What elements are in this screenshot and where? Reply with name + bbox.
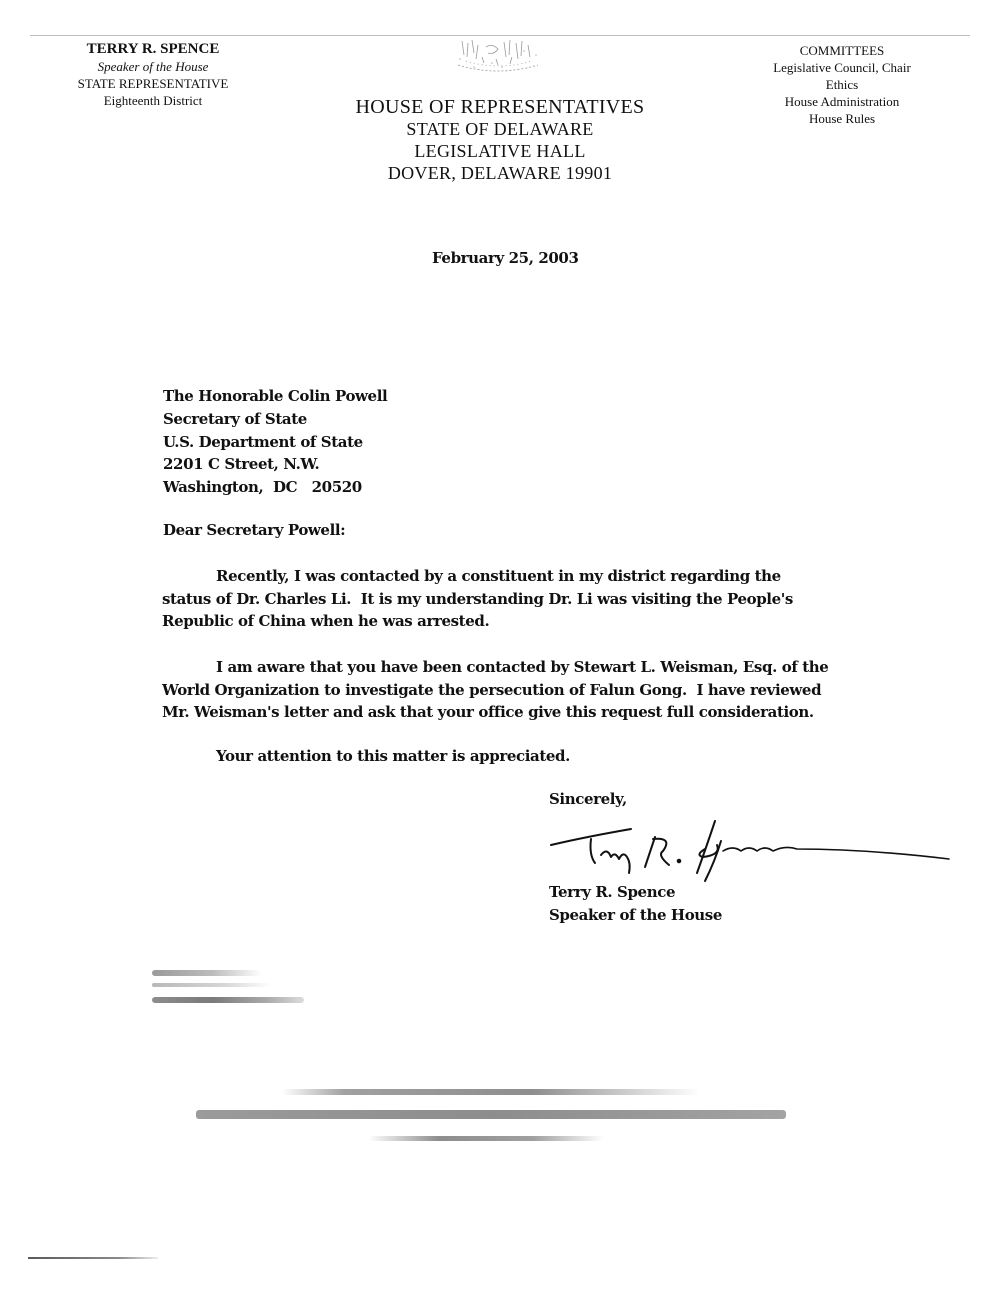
recipient-line: Washington, DC 20520 bbox=[163, 476, 387, 499]
redacted-text bbox=[152, 983, 272, 987]
body-paragraph: Recently, I was contacted by a constitue… bbox=[162, 565, 832, 633]
institution-city: DOVER, DELAWARE 19901 bbox=[330, 162, 670, 184]
body-paragraph: Your attention to this matter is appreci… bbox=[162, 745, 832, 768]
redacted-text bbox=[152, 997, 304, 1003]
top-divider bbox=[30, 35, 970, 36]
institution-name: HOUSE OF REPRESENTATIVES bbox=[330, 96, 670, 118]
recipient-line: Secretary of State bbox=[163, 408, 387, 431]
sender-district: Eighteenth District bbox=[58, 92, 248, 109]
letterhead-institution: HOUSE OF REPRESENTATIVES STATE OF DELAWA… bbox=[330, 96, 670, 184]
body-paragraph: I am aware that you have been contacted … bbox=[162, 656, 832, 724]
committee-item: House Rules bbox=[752, 110, 932, 127]
redacted-text bbox=[152, 970, 262, 976]
sender-name: TERRY R. SPENCE bbox=[58, 40, 248, 58]
recipient-line: U.S. Department of State bbox=[163, 431, 387, 454]
paragraph-text: Recently, I was contacted by a constitue… bbox=[162, 567, 798, 630]
paragraph-text: Your attention to this matter is appreci… bbox=[216, 747, 570, 765]
committee-item: House Administration bbox=[752, 93, 932, 110]
closing: Sincerely, bbox=[549, 790, 627, 808]
letter-page: TERRY R. SPENCE Speaker of the House STA… bbox=[0, 0, 1000, 1294]
redacted-text bbox=[282, 1089, 700, 1095]
institution-state: STATE OF DELAWARE bbox=[330, 118, 670, 140]
recipient-address: The Honorable Colin Powell Secretary of … bbox=[163, 385, 387, 499]
letterhead-committees: COMMITTEES Legislative Council, Chair Et… bbox=[752, 42, 932, 127]
letterhead-sender: TERRY R. SPENCE Speaker of the House STA… bbox=[58, 40, 248, 109]
signer-block: Terry R. Spence Speaker of the House bbox=[549, 881, 722, 926]
committees-heading: COMMITTEES bbox=[752, 42, 932, 59]
footer-divider bbox=[28, 1257, 158, 1259]
handwritten-signature-icon bbox=[545, 815, 955, 885]
salutation: Dear Secretary Powell: bbox=[163, 521, 345, 539]
institution-building: LEGISLATIVE HALL bbox=[330, 140, 670, 162]
signer-name: Terry R. Spence bbox=[549, 881, 722, 904]
state-seal-icon bbox=[452, 37, 544, 79]
recipient-line: 2201 C Street, N.W. bbox=[163, 453, 387, 476]
paragraph-text: I am aware that you have been contacted … bbox=[162, 658, 833, 721]
recipient-line: The Honorable Colin Powell bbox=[163, 385, 387, 408]
letter-date: February 25, 2003 bbox=[432, 249, 579, 267]
redacted-text bbox=[368, 1136, 604, 1141]
redacted-text bbox=[196, 1110, 786, 1119]
sender-position: STATE REPRESENTATIVE bbox=[58, 75, 248, 92]
committee-item: Legislative Council, Chair bbox=[752, 59, 932, 76]
committee-item: Ethics bbox=[752, 76, 932, 93]
sender-role: Speaker of the House bbox=[58, 58, 248, 75]
signer-title: Speaker of the House bbox=[549, 904, 722, 927]
